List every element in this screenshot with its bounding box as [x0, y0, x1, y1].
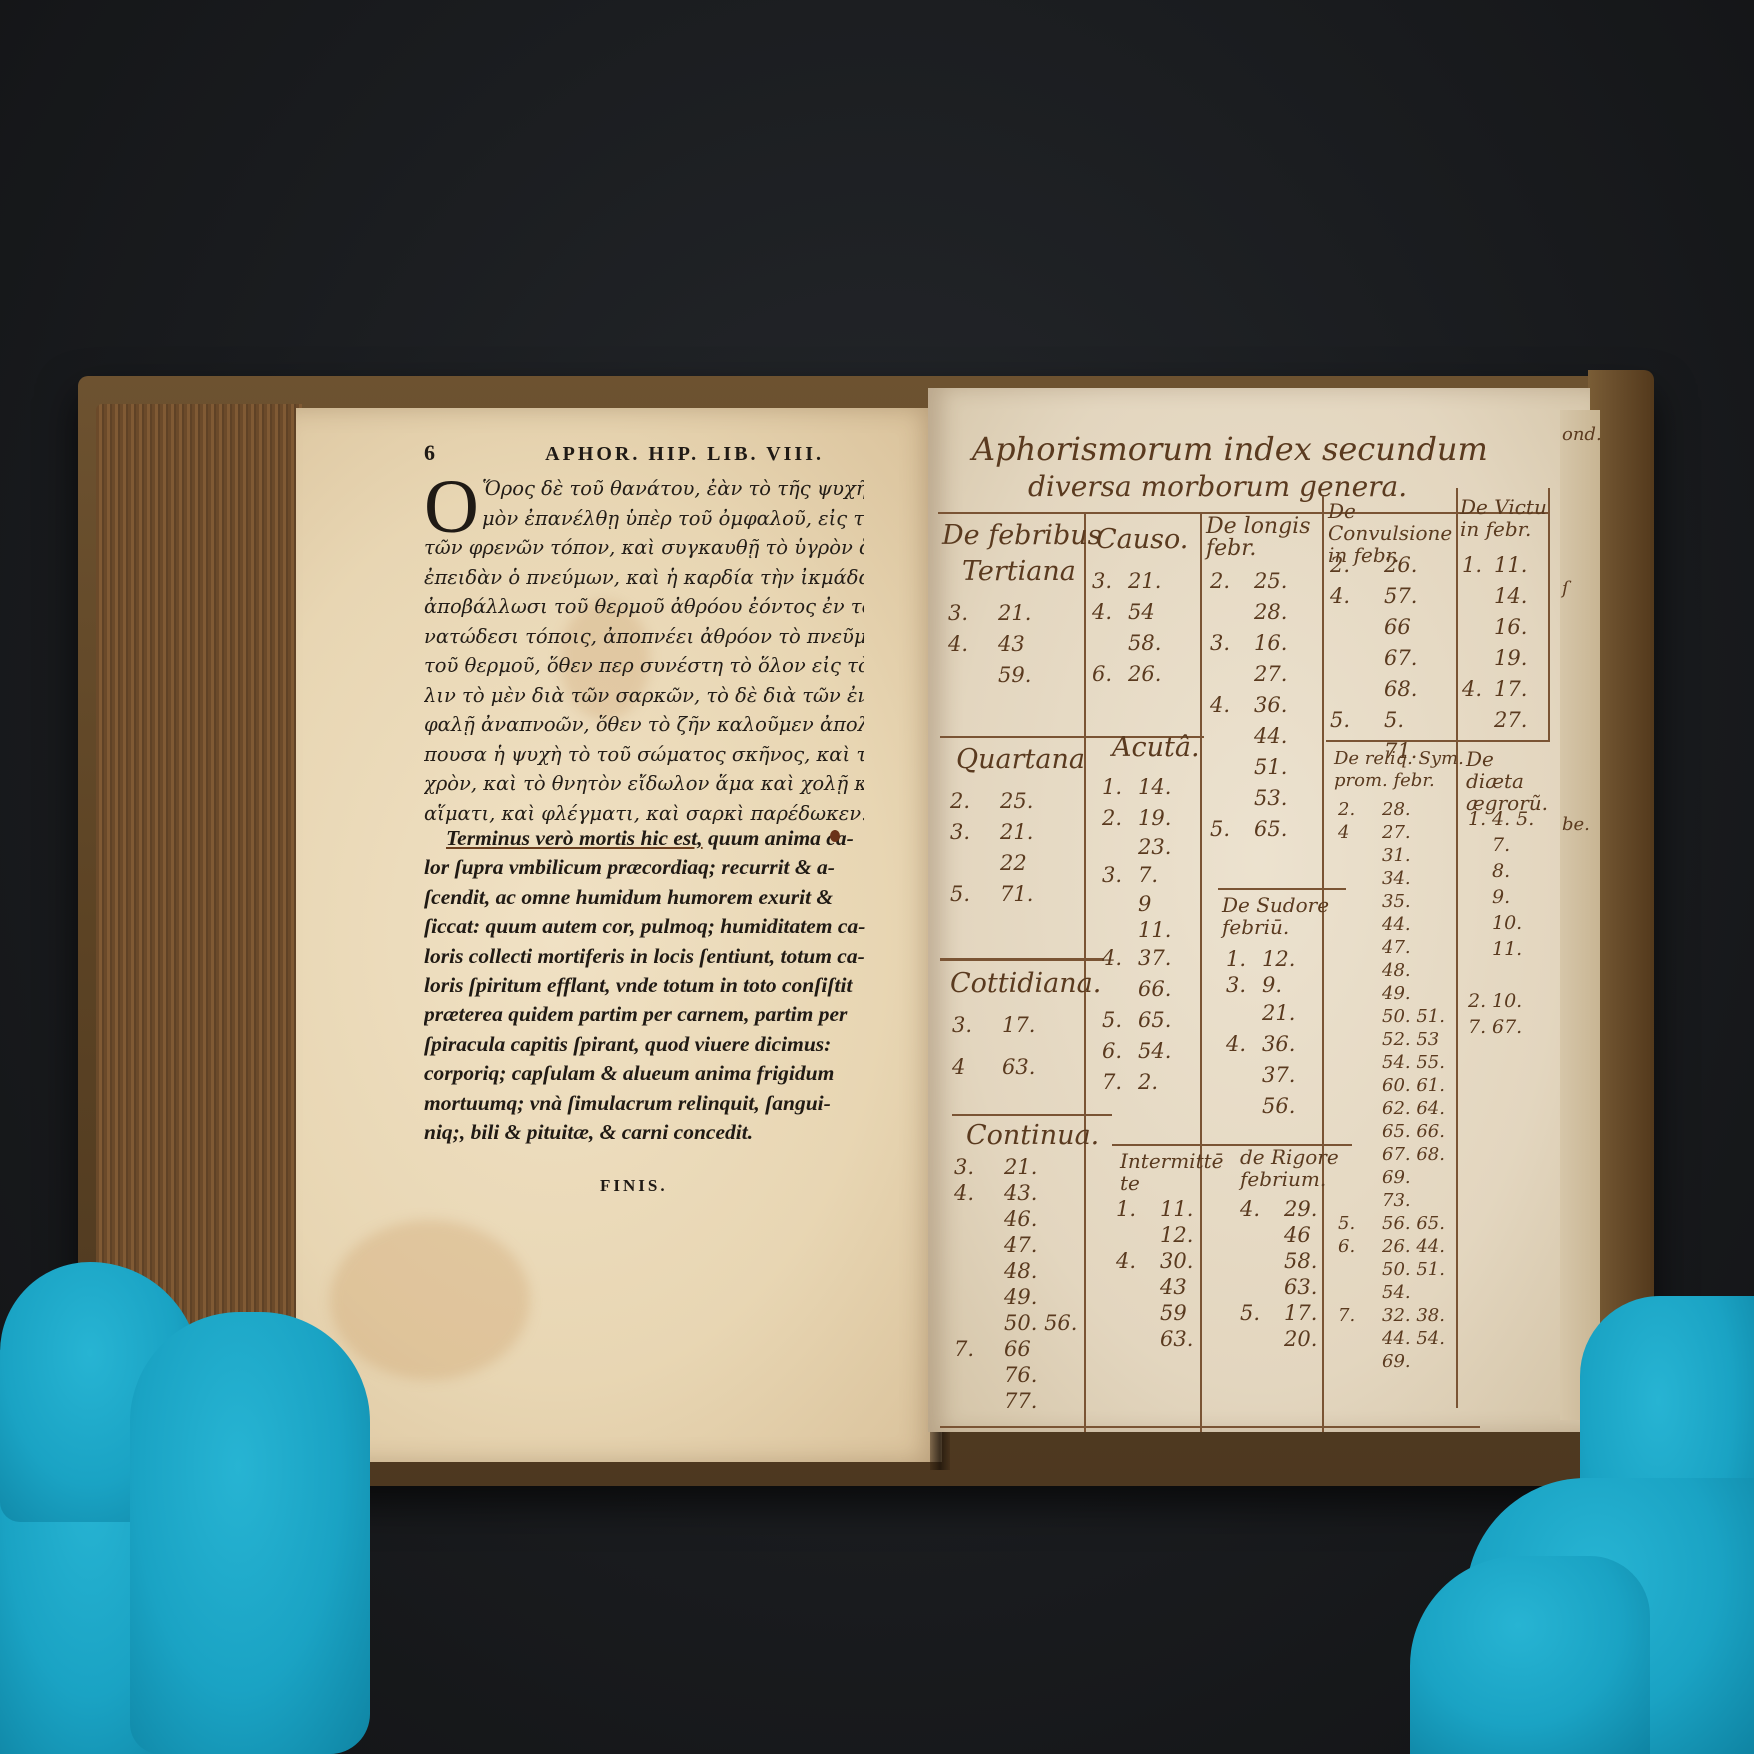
index-title-line-1: Aphorismorum index secundum [972, 430, 1488, 468]
index-entry: 46. [954, 1206, 1077, 1232]
running-head: 6 APHOR. HIP. LIB. VIII. [424, 440, 824, 466]
index-entry: 2.25. [1210, 566, 1287, 597]
latin-line: mortuumq; vnà ſimulacrum relinquit, ſang… [424, 1089, 870, 1118]
index-entry: 3.21. [954, 1154, 1077, 1180]
index-entry: 52. 53 [1338, 1028, 1445, 1051]
drop-cap: O [424, 476, 479, 538]
entries-continua: 3.21. 4.43. 46. 47. 48. 49. 50. 56. 7.66… [954, 1154, 1077, 1414]
index-entry: 9 [1102, 891, 1171, 917]
index-entry: 4.17. [1462, 674, 1527, 705]
greek-line: τοῦ θερμοῦ, ὅθεν περ συνέστη τὸ ὅλον εἰς… [424, 651, 864, 681]
entries-acuta: 1.14. 2.19. 23. 3.7. 9 11. 4.37. 66. 5.6… [1102, 772, 1171, 1098]
index-entry: 62. 64. [1338, 1097, 1445, 1120]
index-entry: 19. [1462, 643, 1527, 674]
index-entry: 56. [1226, 1091, 1295, 1122]
index-entry: 43 [1116, 1274, 1193, 1300]
entries-de-convulsione: 2.26. 4.57. 66 67. 68. 5.5. 71. [1330, 550, 1417, 767]
index-entry: 49. [1338, 982, 1445, 1005]
index-entry: 59. [948, 660, 1031, 691]
entries-cottidiana: 3.17. 463. [952, 1010, 1035, 1083]
section-rule [952, 1114, 1112, 1116]
entries-de-diaeta: 1.4. 5. 7. 8. 9. 10. 11. 2.10. 7.67. [1468, 806, 1534, 1040]
index-entry: 8. [1468, 858, 1534, 884]
index-entry: 3.9. [1226, 972, 1295, 998]
greek-line: χρὸν, καὶ τὸ θνητὸν εἴδωλον ἅμα καὶ χολῇ… [424, 769, 864, 799]
index-entry: 1.11. [1116, 1196, 1193, 1222]
left-glove-thumb [130, 1312, 370, 1754]
index-entry: 44. [1210, 721, 1287, 752]
index-entry: 1.4. 5. [1468, 806, 1534, 832]
index-entry: 3.7. [1102, 860, 1171, 891]
fold-leaf-fragment: ſ [1562, 578, 1569, 599]
index-entry: 67. [1330, 643, 1417, 674]
index-entry: 14. [1462, 581, 1527, 612]
index-entry: 3.17. [952, 1010, 1035, 1052]
index-entry: 66 [1330, 612, 1417, 643]
index-entry: 51. [1210, 752, 1287, 783]
entries-de-rigore: 4.29. 46 58. 63. 5.17. 20. [1240, 1196, 1317, 1352]
index-entry: 11. [1468, 936, 1534, 962]
column-rule [1200, 512, 1202, 1432]
index-entry: 7.2. [1102, 1067, 1171, 1098]
heading-continua: Continua. [966, 1120, 1099, 1152]
entries-de-sudore: 1.12. 3.9. 21. 4.36. 37. 56. [1226, 946, 1295, 1122]
underlined-phrase: Terminus verò mortis hic est, [446, 826, 703, 850]
entries-intermittente: 1.11. 12. 4.30. 43 59 63. [1116, 1196, 1193, 1352]
index-entry: 49. [954, 1284, 1077, 1310]
index-entry: 9. [1468, 884, 1534, 910]
entries-de-reliq-sym: 2.28. 427. 31. 34. 35. 44. 47. 48. 49. 5… [1338, 798, 1445, 1373]
right-glove-knuckle [1410, 1556, 1650, 1754]
index-entry: 68. [1330, 674, 1417, 705]
index-entry: 47. [1338, 936, 1445, 959]
index-entry: 7.32. 38. [1338, 1304, 1445, 1327]
latin-line: corporiq; capſulam & alueum anima frigid… [424, 1059, 870, 1088]
index-entry: 427. [1338, 821, 1445, 844]
foxing-stain [330, 1220, 530, 1380]
index-entry: 27. [1210, 659, 1287, 690]
index-entry: 58. [1240, 1248, 1317, 1274]
subheading-tertiana: Tertiana [962, 556, 1076, 588]
index-entry: 6.26. 44. [1338, 1235, 1445, 1258]
heading-de-longis-febr: De longis febr. [1206, 516, 1316, 560]
index-entry: 5.65. [1210, 814, 1287, 845]
latin-text-block: Terminus verò mortis hic est, quum anima… [424, 824, 870, 1147]
index-entry: 12. [1116, 1222, 1193, 1248]
index-entry: 48. [954, 1258, 1077, 1284]
greek-line: ἀποβάλλωσι τοῦ θερμοῦ ἀθρόου ἐόντος ἐν τ… [424, 592, 864, 622]
folio-number: 6 [424, 440, 435, 466]
heading-de-diaeta: De diæta ægrorũ. [1466, 748, 1556, 814]
index-entry: 48. [1338, 959, 1445, 982]
heading-causo: Causo. [1096, 524, 1188, 556]
greek-text-block: O Ὅρος δὲ τοῦ θανάτου, ἐὰν τὸ τῆς ψυχῆς … [424, 474, 864, 828]
latin-line: Terminus verò mortis hic est, quum anima… [424, 824, 870, 853]
column-heading-de-febribus: De febribus [942, 520, 1102, 552]
index-entry: 69. [1338, 1166, 1445, 1189]
column-rule [1456, 488, 1458, 1408]
greek-line: φαλῇ ἀναπνοῶν, ὅθεν τὸ ζῆν καλοῦμεν ἀπολ… [424, 710, 864, 740]
index-entry: 60. 61. [1338, 1074, 1445, 1097]
index-entry: 5.5. [1330, 705, 1417, 736]
index-entry: 1.11. [1462, 550, 1527, 581]
index-entry: 10. [1468, 910, 1534, 936]
index-entry: 46 [1240, 1222, 1317, 1248]
index-entry: 59 [1116, 1300, 1193, 1326]
heading-de-victu: De Victu in febr. [1460, 496, 1550, 540]
index-entry: 5.65. [1102, 1005, 1171, 1036]
running-head-title: APHOR. HIP. LIB. VIII. [545, 443, 824, 466]
entries-tertiana: 3.21. 4.43 59. [948, 598, 1031, 691]
index-entry: 47. [954, 1232, 1077, 1258]
index-entry: 22 [950, 848, 1033, 879]
index-entry: 2.25. [950, 786, 1033, 817]
heading-quartana: Quartana [956, 744, 1085, 776]
latin-line: lor ſupra vmbilicum præcordiaq; recurrit… [424, 853, 870, 882]
index-entry: 20. [1240, 1326, 1317, 1352]
index-entry: 7.66 [954, 1336, 1077, 1362]
index-entry: 23. [1102, 834, 1171, 860]
index-entry: 28. [1210, 597, 1287, 628]
latin-line: loris collecti mortiferis in locis ſenti… [424, 942, 870, 971]
index-entry: 1.14. [1102, 772, 1171, 803]
index-entry: 37. [1226, 1060, 1295, 1091]
latin-line: ſiccat: quum autem cor, pulmoq; humidita… [424, 912, 870, 941]
index-entry: 3.21. [948, 598, 1031, 629]
index-entry: 2.10. [1468, 988, 1534, 1014]
index-entry: 463. [952, 1052, 1035, 1083]
index-title: Aphorismorum index secundum diversa morb… [972, 430, 1488, 506]
index-entry: 77. [954, 1388, 1077, 1414]
section-rule [1218, 888, 1346, 890]
index-entry: 54. 55. [1338, 1051, 1445, 1074]
greek-line: Ὅρος δὲ τοῦ θανάτου, ἐὰν τὸ τῆς ψυχῆς θε… [424, 474, 864, 504]
heading-de-sudore: De Sudore febriū. [1222, 894, 1332, 938]
index-entry: 4.37. [1102, 943, 1171, 974]
page-block-edge [96, 404, 302, 1410]
index-entry: 2.26. [1330, 550, 1417, 581]
index-entry: 3.21. [1092, 566, 1161, 597]
index-entry: 44. [1338, 913, 1445, 936]
index-entry: 50. 51. [1338, 1005, 1445, 1028]
colophon-finis: FINIS. [600, 1176, 668, 1196]
index-entry: 7. [1468, 832, 1534, 858]
index-entry: 4.36. [1210, 690, 1287, 721]
greek-line: ἐπειδὰν ὁ πνεύμων, καὶ ἡ καρδία τὴν ἰκμά… [424, 563, 864, 593]
entries-quartana: 2.25. 3.21. 22 5.71. [950, 786, 1033, 910]
index-entry: 34. [1338, 867, 1445, 890]
index-entry: 6.26. [1092, 659, 1161, 690]
index-entry: 69. [1338, 1350, 1445, 1373]
heading-intermittente: Intermittē te [1120, 1150, 1230, 1194]
heading-acuta: Acutâ. [1112, 732, 1200, 764]
index-entry: 16. [1462, 612, 1527, 643]
index-entry [1468, 962, 1534, 988]
index-entry: 63. [1116, 1326, 1193, 1352]
index-entry: 73. [1338, 1189, 1445, 1212]
entries-causo: 3.21. 4.54 58. 6.26. [1092, 566, 1161, 690]
ink-blot [830, 830, 840, 842]
latin-line: præterea quidem partim per carnem, parti… [424, 1000, 870, 1029]
index-entry: 27. [1462, 705, 1527, 736]
fold-leaf-fragment: be. [1562, 814, 1590, 835]
index-entry: 21. [1226, 998, 1295, 1029]
index-entry: 66. [1102, 974, 1171, 1005]
latin-line: niq;, bili & pituitæ, & carni concedit. [424, 1118, 870, 1147]
index-entry: 58. [1092, 628, 1161, 659]
index-entry: 5.56. 65. [1338, 1212, 1445, 1235]
index-entry: 44. 54. [1338, 1327, 1445, 1350]
index-entry: 4.36. [1226, 1029, 1295, 1060]
index-entry: 63. [1240, 1274, 1317, 1300]
index-entry: 3.16. [1210, 628, 1287, 659]
heading-de-rigore: de Rigore febrium. [1240, 1146, 1350, 1190]
index-entry: 2.28. [1338, 798, 1445, 821]
index-entry: 53. [1210, 783, 1287, 814]
heading-cottidiana: Cottidiana. [950, 968, 1101, 1000]
index-entry: 4.57. [1330, 581, 1417, 612]
index-entry: 6.54. [1102, 1036, 1171, 1067]
index-entry: 4.54 [1092, 597, 1161, 628]
index-entry: 4.43 [948, 629, 1031, 660]
entries-de-longis-febr: 2.25. 28. 3.16. 27. 4.36. 44. 51. 53. 5.… [1210, 566, 1287, 845]
index-entry: 4.29. [1240, 1196, 1317, 1222]
index-entry: 11. [1102, 917, 1171, 943]
index-entry: 35. [1338, 890, 1445, 913]
index-entry: 54. [1338, 1281, 1445, 1304]
section-rule [940, 958, 1104, 961]
index-entry: 67. 68. [1338, 1143, 1445, 1166]
latin-line: ſpiracula capitis ſpirant, quod viuere d… [424, 1030, 870, 1059]
index-entry: 3.21. [950, 817, 1033, 848]
folded-leaf-edge [1560, 410, 1600, 1420]
entries-de-victu: 1.11. 14. 16. 19. 4.17. 27. [1462, 550, 1527, 736]
greek-line: τῶν φρενῶν τόπον, καὶ συγκαυθῇ τὸ ὑγρὸν … [424, 533, 864, 563]
index-entry: 4.43. [954, 1180, 1077, 1206]
index-entry: 2.19. [1102, 803, 1171, 834]
index-entry: 76. [954, 1362, 1077, 1388]
index-entry: 5.71. [950, 879, 1033, 910]
index-entry: 7.67. [1468, 1014, 1534, 1040]
index-entry: 4.30. [1116, 1248, 1193, 1274]
index-entry: 65. 66. [1338, 1120, 1445, 1143]
column-rule [1322, 496, 1324, 1432]
index-entry: 50. 56. [954, 1310, 1077, 1336]
greek-line: νατώδεσι τόποις, ἀποπνέει ἀθρόον τὸ πνεῦ… [424, 622, 864, 652]
greek-line: πουσα ἡ ψυχὴ τὸ τοῦ σώματος σκῆνος, καὶ … [424, 740, 864, 770]
latin-line: loris ſpiritum efflant, vnde totum in to… [424, 971, 870, 1000]
fold-leaf-fragment: ond. [1562, 424, 1602, 445]
heading-de-reliq-sym: De reliq. Sym. prom. febr. [1334, 748, 1464, 792]
latin-line: ſcendit, ac omne humidum humorem exurit … [424, 883, 870, 912]
index-entry: 31. [1338, 844, 1445, 867]
index-entry: 50. 51. [1338, 1258, 1445, 1281]
index-entry: 1.12. [1226, 946, 1295, 972]
greek-line: λιν τὸ μὲν διὰ τῶν σαρκῶν, τὸ δὲ διὰ τῶν… [424, 681, 864, 711]
greek-line: μὸν ἐπανέλθῃ ὑπὲρ τοῦ ὀμφαλοῦ, εἰς τὸν ἄ… [424, 504, 864, 534]
index-entry: 5.17. [1240, 1300, 1317, 1326]
table-bottom-rule [940, 1426, 1480, 1428]
